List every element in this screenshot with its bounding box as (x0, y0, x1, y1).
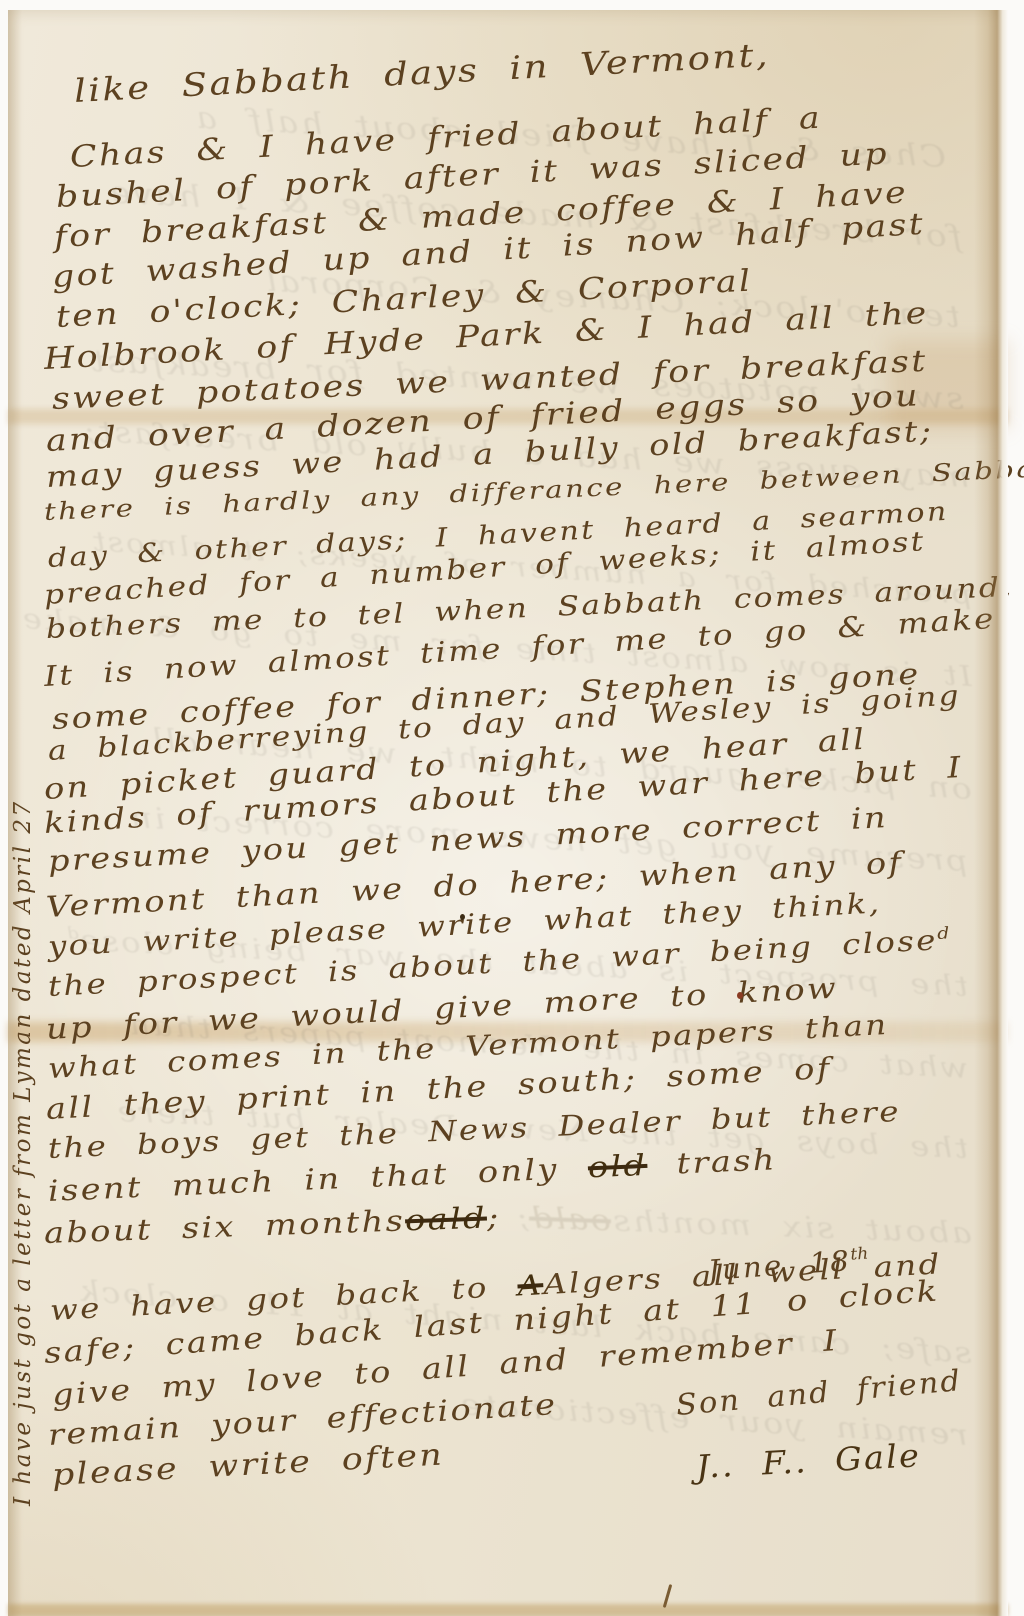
signature: J.. F.. Gale (695, 1436, 922, 1486)
letter-page: Chas & I have fried about half afor brea… (8, 10, 1008, 1616)
signature-text: J.. F.. Gale (695, 1436, 922, 1486)
struck-out-word: oald (404, 1201, 487, 1238)
struck-out-word: old (587, 1148, 648, 1185)
letter-scan: Chas & I have fried about half afor brea… (0, 0, 1024, 1616)
line-text: about six months (610, 1203, 972, 1250)
ink-speck (737, 992, 743, 999)
line-text: ; (486, 1200, 501, 1234)
left-paper-edge (8, 10, 22, 1616)
superscript-d: d (937, 923, 950, 943)
line-text: about six months (43, 1203, 405, 1250)
right-deckle-edge (974, 10, 1008, 1616)
letter-line: like Sabbath days in Vermont, (73, 36, 771, 110)
closing-son-and-friend: Son and friend (675, 1363, 964, 1422)
letter-line: about six monthsoald; (43, 1200, 501, 1250)
line-text: ; (515, 1200, 530, 1234)
line-text: Son and friend (675, 1363, 964, 1422)
bottom-edge-stain (8, 1604, 1008, 1616)
stray-pen-mark (663, 1584, 672, 1608)
line-text: trash (647, 1142, 778, 1182)
struck-out-word: oald (529, 1201, 612, 1238)
letter-line: about six monthsoald; (515, 1200, 973, 1250)
line-text: like Sabbath days in Vermont, (73, 36, 771, 110)
ink-speck (460, 914, 465, 920)
struck-out-letter: A (517, 1268, 544, 1302)
